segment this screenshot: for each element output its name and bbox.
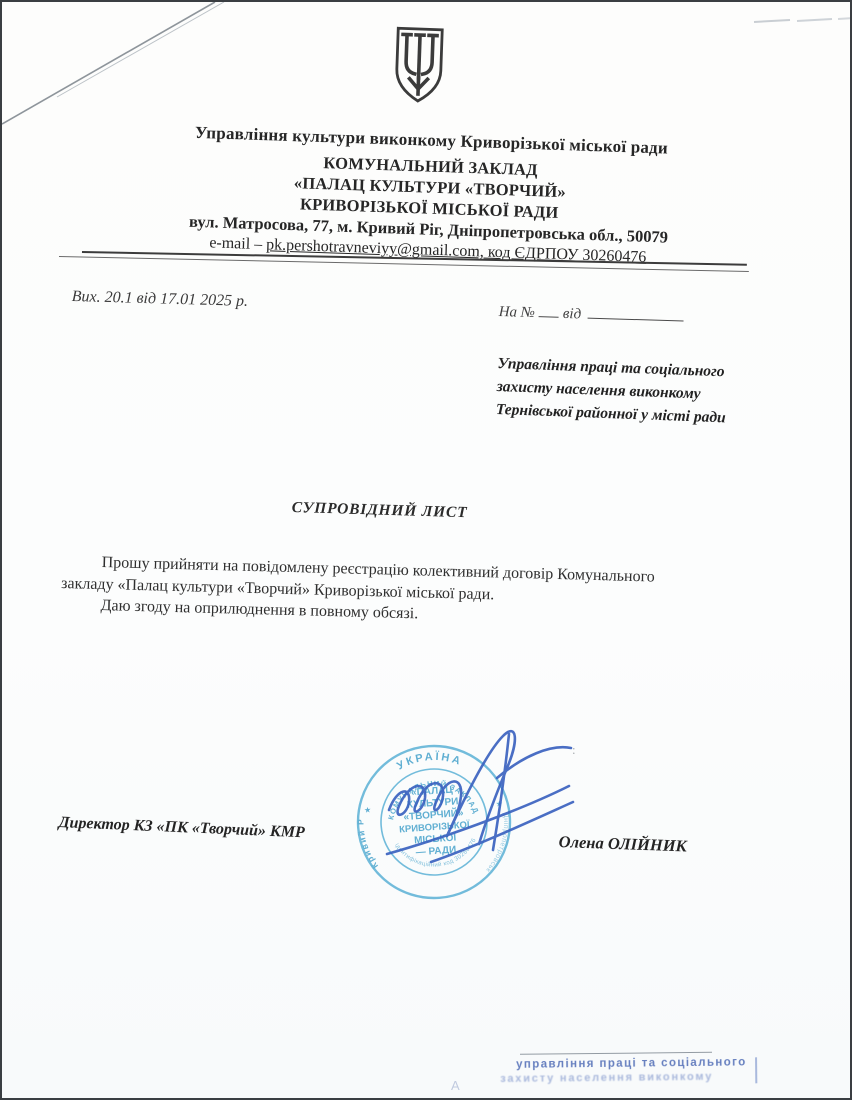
incoming-ref-suffix: від bbox=[563, 306, 582, 323]
received-stamp-edge-mark bbox=[755, 1057, 757, 1083]
incoming-number-blank bbox=[539, 303, 559, 318]
ukraine-trident-icon bbox=[391, 25, 448, 105]
scanned-letter-page: Управління культури виконкому Криворізьк… bbox=[0, 0, 852, 1100]
letterhead: Управління культури виконкому Криворізьк… bbox=[75, 119, 785, 273]
fold-crease-line bbox=[2, 2, 215, 124]
incoming-date-blank bbox=[587, 305, 683, 322]
handwritten-signature bbox=[347, 714, 582, 879]
received-stamp-line: захисту населення виконкому bbox=[500, 1070, 747, 1085]
received-stamp-line: управління праці та соціального bbox=[516, 1056, 747, 1070]
fold-crease-line-2 bbox=[57, 2, 224, 97]
email-prefix: e-mail – bbox=[209, 234, 266, 253]
addressee-block: Управління праці та соціального захисту … bbox=[495, 352, 767, 431]
incoming-ref-prefix: На № bbox=[498, 304, 535, 321]
stray-letter-mark: А bbox=[451, 1078, 460, 1093]
received-stamp: управління праці та соціального захисту … bbox=[500, 1051, 747, 1085]
stray-colon-mark: : bbox=[572, 742, 576, 758]
